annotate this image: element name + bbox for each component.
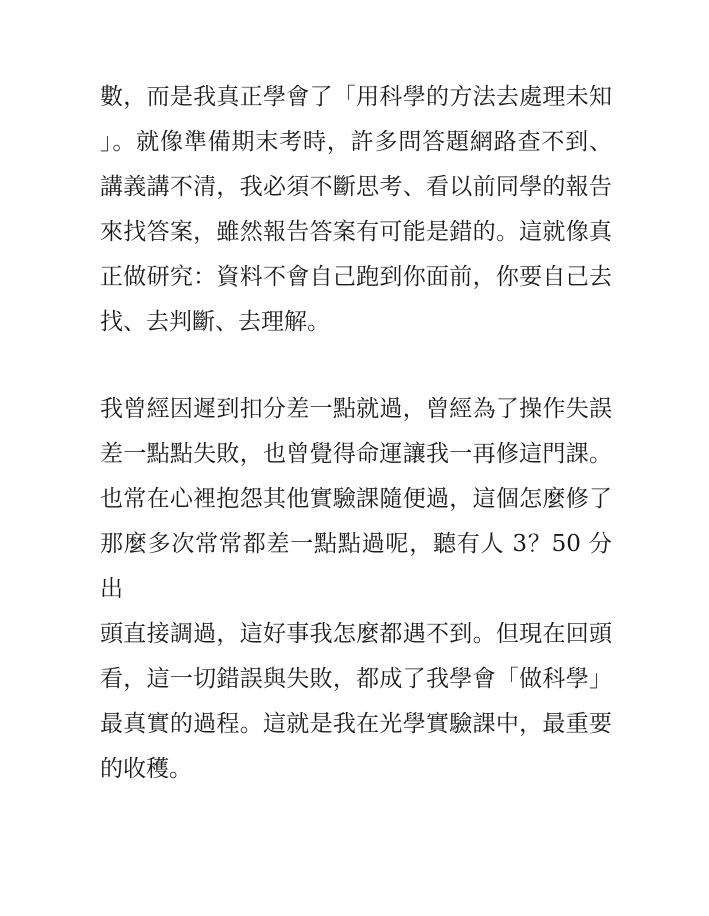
text-line: 看，這一切錯誤與失敗，都成了我學會「做科學」 [100, 657, 612, 702]
text-line: 的收穫。 [100, 747, 612, 792]
text-line: 我曾經因遲到扣分差一點就過，曾經為了操作失誤 [100, 387, 612, 432]
paragraph: 數，而是我真正學會了「用科學的方法去處理未知」。就像準備期末考時，許多問答題網路… [100, 75, 612, 345]
text-line: 也常在心裡抱怨其他實驗課隨便過，這個怎麼修了 [100, 477, 612, 522]
text-line: 最真實的過程。這就是我在光學實驗課中，最重要 [100, 702, 612, 747]
text-line: 正做研究：資料不會自己跑到你面前，你要自己去 [100, 255, 612, 300]
text-line: 找、去判斷、去理解。 [100, 300, 612, 345]
text-line: 數，而是我真正學會了「用科學的方法去處理未知 [100, 75, 612, 120]
text-line: 差一點點失敗，也曾覺得命運讓我一再修這門課。 [100, 432, 612, 477]
paragraph: 我曾經因遲到扣分差一點就過，曾經為了操作失誤差一點點失敗，也曾覺得命運讓我一再修… [100, 387, 612, 792]
text-line: 講義講不清，我必須不斷思考、看以前同學的報告 [100, 165, 612, 210]
text-line: 頭直接調過，這好事我怎麼都遇不到。但現在回頭 [100, 612, 612, 657]
document-body: 數，而是我真正學會了「用科學的方法去處理未知」。就像準備期末考時，許多問答題網路… [100, 75, 612, 792]
text-line: 」。就像準備期末考時，許多問答題網路查不到、 [100, 120, 612, 165]
document-page: 數，而是我真正學會了「用科學的方法去處理未知」。就像準備期末考時，許多問答題網路… [0, 0, 709, 916]
text-line: 來找答案，雖然報告答案有可能是錯的。這就像真 [100, 210, 612, 255]
text-line: 那麼多次常常都差一點點過呢，聽有人 3？50 分出 [100, 522, 612, 612]
